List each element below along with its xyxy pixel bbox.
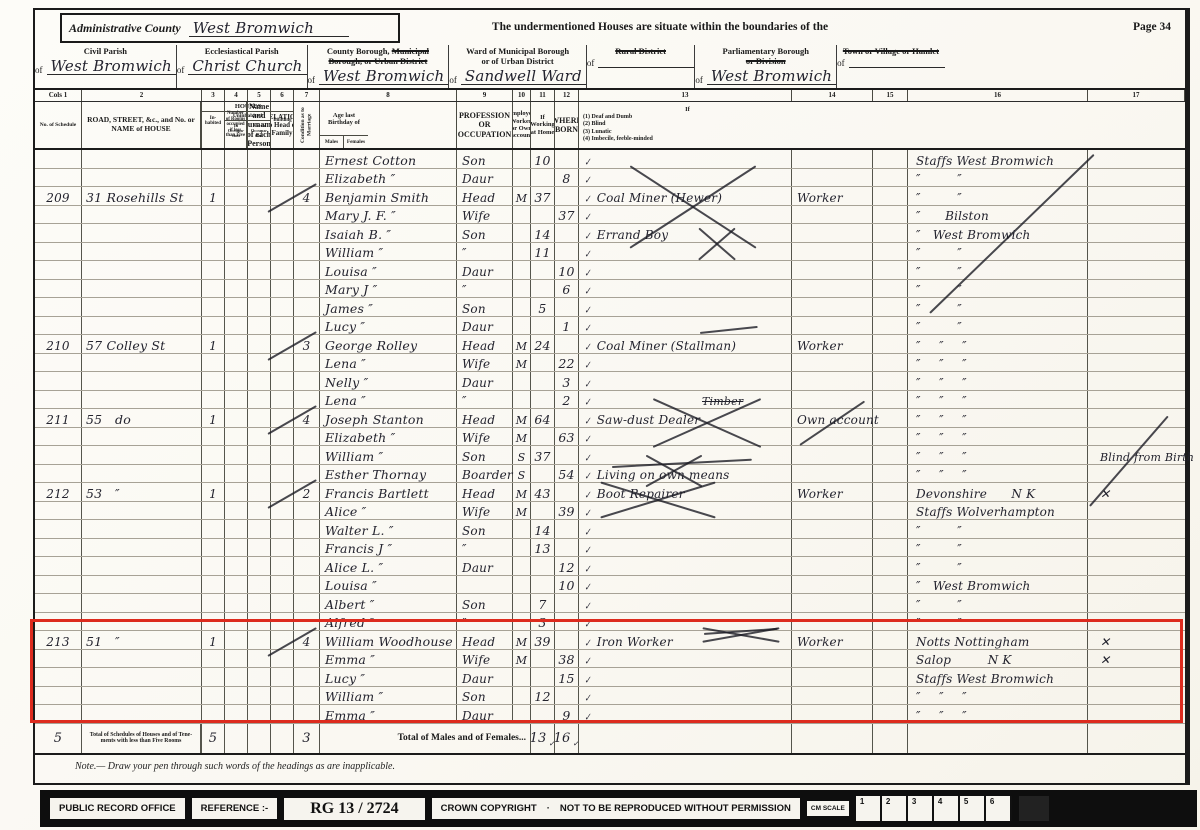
cell-inhabited	[202, 372, 225, 390]
cell-inhabited	[202, 428, 225, 446]
cell-condition	[513, 372, 531, 390]
cell-employer	[792, 372, 873, 390]
cell-condition: M	[513, 409, 531, 427]
cell-occupation: ✓	[579, 243, 792, 261]
census-row: Alice L. ″ Daur 12 ✓ ″ ″	[35, 557, 1185, 576]
cell-occupation: ✓	[579, 594, 792, 612]
cell-road	[82, 206, 202, 224]
cell-employer	[792, 465, 873, 483]
cell-infirmity	[1088, 335, 1185, 353]
enumerator-tick: ✓	[583, 416, 593, 427]
cell-schedule-no	[35, 428, 82, 446]
cell-employer	[792, 224, 873, 242]
district-cell: Civil Parish ofWest Bromwich	[35, 45, 176, 88]
cell-unin-notocc	[248, 557, 271, 575]
cell-relation: Daur	[457, 169, 513, 187]
enumerator-tick: ✓	[583, 175, 593, 186]
of-label: of	[695, 75, 703, 85]
cell-unin-occ	[225, 224, 248, 242]
cell-infirmity	[1088, 391, 1185, 409]
cell-occupation: ✓	[579, 520, 792, 538]
cell-rooms: 2	[294, 483, 320, 501]
cell-employer: Own account	[792, 409, 873, 427]
cell-infirmity	[1088, 150, 1185, 168]
census-row: Nelly ″ Daur 3 ✓ ″ ″ ″	[35, 372, 1185, 391]
cell-unin-notocc	[248, 372, 271, 390]
cell-rooms	[294, 150, 320, 168]
district-cell: Town or Village or Hamlet of	[836, 45, 945, 88]
cell-condition	[513, 391, 531, 409]
cell-road: 31 Rosehills St	[82, 187, 202, 205]
cell-unin-occ	[225, 243, 248, 261]
cell-where-born: ″ ″ ″	[908, 446, 1088, 464]
column-number: 6	[271, 90, 294, 101]
enumerator-tick: ✓	[583, 231, 593, 242]
header-condition: Condition as to Marriage	[294, 102, 320, 148]
header-females: Females	[344, 135, 368, 148]
cell-working-home	[873, 594, 908, 612]
district-cell: County Borough, Municipal Borough, or Ur…	[307, 45, 449, 88]
cell-where-born: ″ ″ ″	[908, 409, 1088, 427]
cell-inhabited	[202, 465, 225, 483]
enumerator-tick: ✓	[583, 157, 593, 168]
district-title2-struck: or Division	[746, 56, 786, 66]
cm-scale-ruler: 123456	[856, 796, 1012, 821]
enumerator-tick: ✓	[583, 545, 593, 556]
cell-unin-notocc	[248, 335, 271, 353]
cell-occupation: ✓	[579, 502, 792, 520]
cell-occupation: ✓Errand Boy	[579, 224, 792, 242]
cell-condition	[513, 520, 531, 538]
district-title: County Borough,	[327, 46, 392, 56]
cell-relation: Son	[457, 298, 513, 316]
administrative-county-label: Administrative County	[69, 21, 181, 36]
cell-condition: M	[513, 335, 531, 353]
cell-age-male: 24	[531, 335, 555, 353]
cell-relation: Head	[457, 483, 513, 501]
cell-unin-notocc	[248, 169, 271, 187]
cell-name: Lena ″	[320, 354, 457, 372]
cell-infirmity	[1088, 409, 1185, 427]
cell-relation: Daur	[457, 261, 513, 279]
header-employer: Employer, Worker, or Own account	[513, 102, 531, 148]
cell-where-born: ″ ″	[908, 280, 1088, 298]
cell-rooms: 4	[294, 187, 320, 205]
cell-unin-occ	[225, 280, 248, 298]
cell-relation: Daur	[457, 557, 513, 575]
reference-number: RG 13 / 2724	[284, 798, 424, 820]
cell-infirmity	[1088, 465, 1185, 483]
district-title: Ecclesiastical Parish	[205, 46, 279, 56]
reference-label: REFERENCE :-	[192, 798, 278, 819]
cell-schedule-no	[35, 150, 82, 168]
cell-condition	[513, 557, 531, 575]
cell-employer: Worker	[792, 483, 873, 501]
enumerator-tick: ✓	[583, 490, 593, 501]
cell-age-female: 6	[555, 280, 579, 298]
cell-unin-notocc	[248, 317, 271, 335]
cell-where-born: ″ Bilston	[908, 206, 1088, 224]
header-infirmity: If (1) Deaf and Dumb(2) Blind(3) Lunatic…	[579, 102, 792, 148]
cell-where-born: ″ ″	[908, 520, 1088, 538]
census-sheet: Administrative County West Bromwich The …	[0, 0, 1200, 830]
cell-unin-occ	[225, 539, 248, 557]
cell-employer	[792, 520, 873, 538]
column-number: 8	[320, 90, 457, 101]
cell-unin-occ	[225, 446, 248, 464]
cell-unin-occ	[225, 428, 248, 446]
cell-occupation: ✓Boot Repairer	[579, 483, 792, 501]
cell-relation: ″	[457, 280, 513, 298]
cell-inhabited	[202, 520, 225, 538]
cell-rooms	[294, 280, 320, 298]
cell-where-born: Staffs West Bromwich	[908, 150, 1088, 168]
cell-employer	[792, 261, 873, 279]
cell-working-home	[873, 224, 908, 242]
cell-inhabited	[202, 224, 225, 242]
cell-employer	[792, 206, 873, 224]
cell-unin-occ	[225, 317, 248, 335]
cell-where-born: ″ ″	[908, 557, 1088, 575]
cell-road	[82, 298, 202, 316]
cell-age-male	[531, 354, 555, 372]
column-number: 14	[792, 90, 873, 101]
cell-age-male	[531, 280, 555, 298]
cell-condition: M	[513, 483, 531, 501]
cell-working-home	[873, 298, 908, 316]
cell-relation: Wife	[457, 502, 513, 520]
total-inhabited: 5	[202, 724, 225, 753]
cell-employer	[792, 243, 873, 261]
cell-road	[82, 280, 202, 298]
cell-infirmity: Blind from Birth	[1088, 446, 1194, 464]
cell-infirmity	[1088, 169, 1185, 187]
cell-rooms	[294, 354, 320, 372]
of-label: of	[837, 58, 845, 68]
cell-working-home	[873, 280, 908, 298]
census-row: Mary J ″ ″ 6 ✓ ″ ″	[35, 280, 1185, 299]
cell-rooms: 4	[294, 409, 320, 427]
cell-working-home	[873, 483, 908, 501]
enumerator-tick: ✓	[583, 194, 593, 205]
cell-unin-notocc	[248, 354, 271, 372]
cell-occupation: ✓	[579, 557, 792, 575]
cell-where-born: ″ ″	[908, 243, 1088, 261]
column-number: 10	[513, 90, 531, 101]
census-row: Lena ″ ″ 2 ✓ ″ ″ ″	[35, 391, 1185, 410]
cell-schedule-no	[35, 446, 82, 464]
cell-infirmity	[1088, 372, 1185, 390]
scale-cell: 1	[856, 796, 882, 821]
cell-name: Louisa ″	[320, 261, 457, 279]
cell-infirmity	[1088, 539, 1185, 557]
census-row: Ernest Cotton Son 10 ✓ Staffs West Bromw…	[35, 150, 1185, 169]
cell-inhabited	[202, 317, 225, 335]
cell-unin-occ	[225, 391, 248, 409]
cell-age-female	[555, 298, 579, 316]
scale-end-block	[1019, 796, 1049, 821]
column-number: 13	[579, 90, 792, 101]
cell-where-born: ″ ″ ″	[908, 465, 1088, 483]
cell-infirmity	[1088, 576, 1185, 594]
district-value: Christ Church	[188, 58, 306, 75]
census-row: Isaiah B. ″ Son 14 ✓Errand Boy ″ West Br…	[35, 224, 1185, 243]
census-row: 209 31 Rosehills St 1 4 Benjamin Smith H…	[35, 187, 1185, 206]
header-houses-group: HOUSES In- habited Uninhabited In Occupa…	[202, 102, 225, 148]
header-age: Age last Birthday of	[320, 102, 368, 135]
cell-age-male: 13	[531, 539, 555, 557]
enumerator-tick: ✓	[583, 305, 593, 316]
cell-infirmity	[1088, 557, 1185, 575]
district-value: West Bromwich	[47, 58, 176, 75]
cell-name: Joseph Stanton	[320, 409, 457, 427]
cell-employer	[792, 150, 873, 168]
cell-inhabited	[202, 391, 225, 409]
cell-building	[271, 372, 294, 390]
cell-unin-notocc	[248, 409, 271, 427]
cell-road	[82, 261, 202, 279]
column-number: 15	[873, 90, 908, 101]
cell-age-male	[531, 169, 555, 187]
cell-building	[271, 261, 294, 279]
cell-where-born: Devonshire N K	[908, 483, 1088, 501]
cell-inhabited	[202, 150, 225, 168]
cell-schedule-no	[35, 594, 82, 612]
cell-age-male	[531, 261, 555, 279]
cell-rooms	[294, 391, 320, 409]
administrative-county-value: West Bromwich	[189, 20, 349, 37]
cell-schedule-no	[35, 317, 82, 335]
cell-name: Mary J ″	[320, 280, 457, 298]
cell-condition: M	[513, 187, 531, 205]
column-number: 4	[225, 90, 248, 101]
cell-building	[271, 502, 294, 520]
cell-unin-occ	[225, 261, 248, 279]
census-row: Elizabeth ″ Wife M 63 ✓ ″ ″ ″	[35, 428, 1185, 447]
census-row: Louisa ″ 10 ✓ ″ West Bromwich	[35, 576, 1185, 595]
cell-age-female	[555, 150, 579, 168]
cell-where-born: ″ ″ ″	[908, 335, 1088, 353]
cell-rooms	[294, 576, 320, 594]
cell-name: Esther Thornay	[320, 465, 457, 483]
cell-unin-occ	[225, 187, 248, 205]
cell-road	[82, 243, 202, 261]
cell-unin-occ	[225, 335, 248, 353]
cell-infirmity	[1088, 317, 1185, 335]
cell-working-home	[873, 409, 908, 427]
cell-unin-notocc	[248, 224, 271, 242]
column-headers: No. of Schedule ROAD, STREET, &c., and N…	[35, 102, 1185, 150]
cm-scale-label: CM SCALE	[807, 801, 849, 816]
cell-employer	[792, 428, 873, 446]
cell-employer	[792, 594, 873, 612]
cell-relation: Son	[457, 594, 513, 612]
cell-working-home	[873, 576, 908, 594]
cell-condition	[513, 280, 531, 298]
administrative-county-box: Administrative County West Bromwich	[60, 13, 400, 43]
cell-age-male	[531, 206, 555, 224]
cell-infirmity	[1088, 280, 1185, 298]
totals-row: 5 Total of Schedules of Houses and of Te…	[35, 724, 1185, 755]
cell-building	[271, 520, 294, 538]
cell-age-female: 10	[555, 576, 579, 594]
census-row: Walter L. ″ Son 14 ✓ ″ ″	[35, 520, 1185, 539]
cell-age-female: 54	[555, 465, 579, 483]
cell-name: Isaiah B. ″	[320, 224, 457, 242]
cell-working-home	[873, 502, 908, 520]
header-schedule: No. of Schedule	[35, 102, 82, 148]
cell-working-home	[873, 465, 908, 483]
total-males-females-label: Total of Males and of Females...	[320, 724, 531, 753]
header-profession: PROFESSION OR OCCUPATION	[457, 102, 513, 148]
census-row: Alice ″ Wife M 39 ✓ Staffs Wolverhampton	[35, 502, 1185, 521]
cell-age-male	[531, 576, 555, 594]
district-value: West Bromwich	[707, 68, 836, 85]
cell-condition: M	[513, 428, 531, 446]
cell-road	[82, 428, 202, 446]
cell-age-male: 11	[531, 243, 555, 261]
cell-unin-notocc	[248, 261, 271, 279]
cell-working-home	[873, 150, 908, 168]
cell-road: 57 Colley St	[82, 335, 202, 353]
census-row: Elizabeth ″ Daur 8 ✓ ″ ″	[35, 169, 1185, 188]
cell-occupation: ✓	[579, 446, 792, 464]
enumerator-tick: ✓	[583, 471, 593, 482]
cell-road	[82, 169, 202, 187]
census-row: James ″ Son 5 ✓ ″ ″	[35, 298, 1185, 317]
cell-infirmity	[1088, 206, 1185, 224]
enumerator-tick: ✓	[583, 249, 593, 260]
cell-age-female: 10	[555, 261, 579, 279]
separator-dot: ·	[547, 803, 550, 814]
cell-inhabited	[202, 243, 225, 261]
census-row: William ″ Son S 37 ✓ ″ ″ ″ Blind from Bi…	[35, 446, 1185, 465]
cell-name: Walter L. ″	[320, 520, 457, 538]
enumerator-tick: ✓	[583, 212, 593, 223]
cell-road	[82, 354, 202, 372]
cell-rooms	[294, 243, 320, 261]
cell-name: Albert ″	[320, 594, 457, 612]
column-number: 3	[202, 90, 225, 101]
cell-working-home	[873, 243, 908, 261]
cell-working-home	[873, 557, 908, 575]
cell-unin-occ	[225, 465, 248, 483]
cell-condition: S	[513, 465, 531, 483]
cell-unin-occ	[225, 483, 248, 501]
cell-age-female: 22	[555, 354, 579, 372]
district-title: Parliamentary Borough	[723, 46, 810, 56]
census-row: Louisa ″ Daur 10 ✓ ″ ″	[35, 261, 1185, 280]
cell-age-female	[555, 224, 579, 242]
column-number-row: Cols 1234567891011121314151617	[35, 90, 1185, 102]
district-cell: Ecclesiastical Parish ofChrist Church	[176, 45, 307, 88]
cell-occupation: ✓	[579, 298, 792, 316]
cell-working-home	[873, 261, 908, 279]
cell-building	[271, 428, 294, 446]
cell-infirmity	[1088, 354, 1185, 372]
cell-inhabited: 1	[202, 187, 225, 205]
cell-infirmity: ✕	[1088, 483, 1185, 501]
cell-infirmity	[1088, 187, 1185, 205]
cell-age-female	[555, 594, 579, 612]
cell-rooms	[294, 224, 320, 242]
cell-schedule-no	[35, 280, 82, 298]
cell-relation: Boarder	[457, 465, 513, 483]
cell-occupation: ✓Coal Miner (Hewer)	[579, 187, 792, 205]
cell-name: Lucy ″	[320, 317, 457, 335]
cell-occupation: ✓	[579, 261, 792, 279]
cell-rooms	[294, 317, 320, 335]
cell-working-home	[873, 206, 908, 224]
cell-unin-occ	[225, 150, 248, 168]
cell-employer	[792, 280, 873, 298]
cell-inhabited	[202, 169, 225, 187]
cell-rooms	[294, 169, 320, 187]
cell-building	[271, 557, 294, 575]
cell-rooms	[294, 298, 320, 316]
cell-name: Mary J. F. ″	[320, 206, 457, 224]
totals-label: Total of Schedules of Houses and of Tene…	[82, 724, 202, 753]
cell-where-born: ″ West Bromwich	[908, 576, 1088, 594]
cell-age-male	[531, 428, 555, 446]
cell-building	[271, 594, 294, 612]
cell-relation: Daur	[457, 372, 513, 390]
cell-unin-occ	[225, 576, 248, 594]
of-label: of	[35, 65, 43, 75]
cell-relation: Wife	[457, 206, 513, 224]
district-value	[598, 67, 694, 68]
header-inhabited: In- habited	[202, 112, 225, 148]
cell-relation: Wife	[457, 428, 513, 446]
cell-age-female: 39	[555, 502, 579, 520]
cell-building	[271, 539, 294, 557]
cell-unin-occ	[225, 520, 248, 538]
cell-schedule-no	[35, 298, 82, 316]
cell-schedule-no	[35, 169, 82, 187]
cell-condition: M	[513, 502, 531, 520]
district-cell: Parliamentary Borough or Division ofWest…	[694, 45, 836, 88]
district-value	[849, 67, 945, 68]
footer-bar: PUBLIC RECORD OFFICE REFERENCE :- RG 13 …	[40, 790, 1197, 827]
cell-working-home	[873, 372, 908, 390]
cell-rooms	[294, 557, 320, 575]
cell-condition	[513, 243, 531, 261]
cell-relation: Head	[457, 335, 513, 353]
cell-inhabited	[202, 576, 225, 594]
cell-occupation: ✓	[579, 354, 792, 372]
cell-schedule-no	[35, 557, 82, 575]
cell-relation: ″	[457, 539, 513, 557]
cell-road	[82, 372, 202, 390]
enumerator-tick: ✓	[583, 601, 593, 612]
cell-inhabited	[202, 446, 225, 464]
copyright-label: CROWN COPYRIGHT	[441, 803, 537, 814]
total-females: 16✓	[555, 724, 579, 753]
cell-condition	[513, 261, 531, 279]
cell-age-male: 14	[531, 520, 555, 538]
cell-unin-notocc	[248, 594, 271, 612]
enumerator-tick: ✓	[583, 379, 593, 390]
cell-occupation: ✓	[579, 150, 792, 168]
census-row: Albert ″ Son 7 ✓ ″ ″	[35, 594, 1185, 613]
form-note: Note.— Draw your pen through such words …	[35, 755, 1185, 772]
cell-infirmity	[1088, 502, 1185, 520]
census-row: Lucy ″ Daur 1 ✓ ″ ″	[35, 317, 1185, 336]
scale-cell: 2	[882, 796, 908, 821]
cell-rooms	[294, 594, 320, 612]
cell-building	[271, 150, 294, 168]
cell-schedule-no: 211	[35, 409, 82, 427]
